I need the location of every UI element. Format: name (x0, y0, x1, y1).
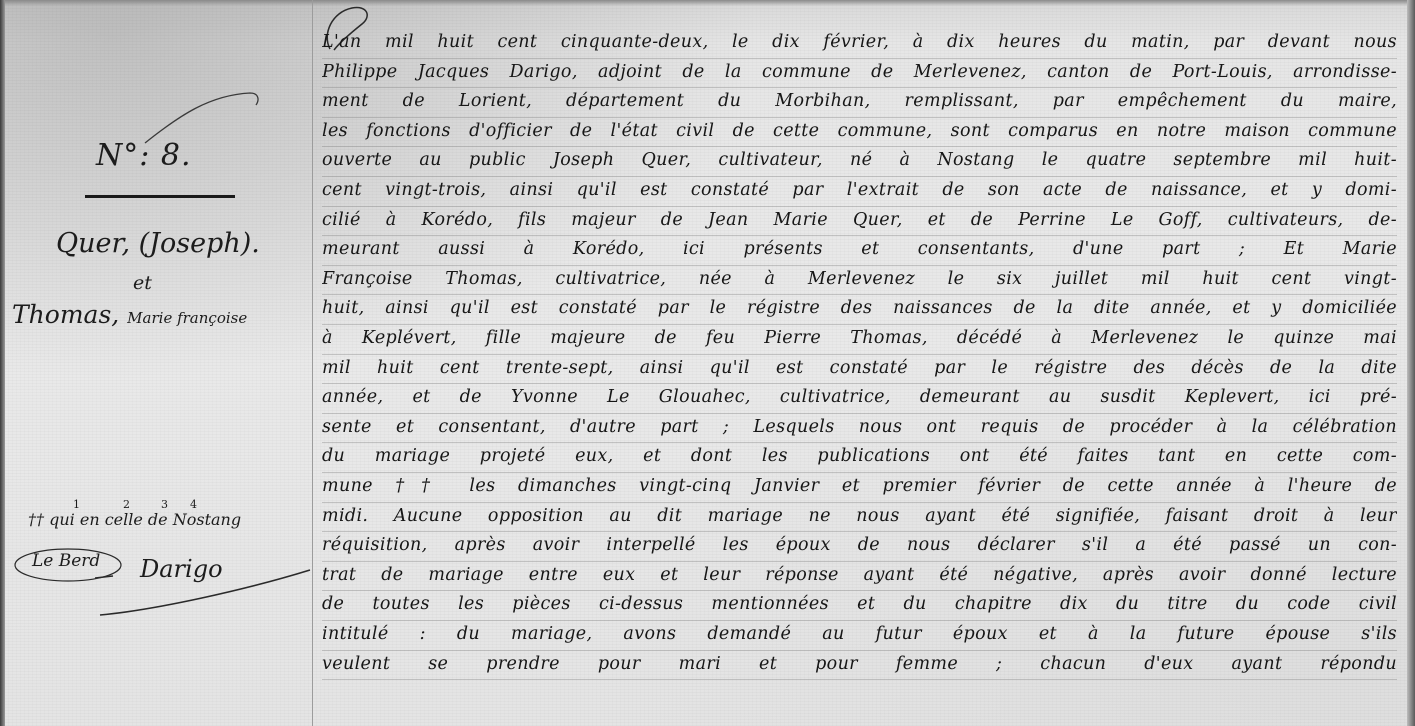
text-line: midi. Aucune opposition au dit mariage n… (322, 502, 1397, 533)
text-line: réquisition, après avoir interpellé les … (322, 531, 1397, 562)
text-line: ouverte au public Joseph Quer, cultivate… (322, 146, 1397, 177)
text-line: L'an mil huit cent cinquante-deux, le di… (322, 28, 1397, 59)
bride-surname: Thomas, (12, 300, 119, 329)
text-line: cent vingt-trois, ainsi qu'il est consta… (322, 176, 1397, 207)
bride-name: Thomas, Marie françoise (12, 300, 247, 329)
marginal-note: †† qui en celle de Nostang 1 2 3 4 (28, 510, 241, 529)
record-number: N°: 8. (96, 138, 192, 173)
bride-given-names: Marie françoise (127, 309, 247, 327)
record-body: L'an mil huit cent cinquante-deux, le di… (322, 0, 1402, 726)
note-word-number: 3 (161, 498, 168, 511)
text-line: de toutes les pièces ci-dessus mentionné… (322, 590, 1397, 621)
register-page: N°: 8. Quer, (Joseph). et Thomas, Marie … (0, 0, 1415, 726)
text-line: à Keplévert, fille majeure de feu Pierre… (322, 324, 1397, 355)
note-marker: †† (28, 510, 44, 529)
text-line: les fonctions d'officier de l'état civil… (322, 117, 1397, 148)
text-line: Françoise Thomas, cultivatrice, née à Me… (322, 265, 1397, 296)
page-right-edge (1407, 0, 1415, 726)
groom-name: Quer, (Joseph). (56, 228, 260, 259)
pen-flourish-icon (140, 85, 260, 145)
text-line: sente et consentant, d'autre part ; Lesq… (322, 413, 1397, 444)
text-line: intitulé : du mariage, avons demandé au … (322, 620, 1397, 651)
text-line: cilié à Korédo, fils majeur de Jean Mari… (322, 206, 1397, 237)
text-line: mune †† les dimanches vingt-cinq Janvier… (322, 472, 1397, 503)
left-margin: N°: 8. Quer, (Joseph). et Thomas, Marie … (0, 0, 312, 726)
text-line: meurant aussi à Korédo, ici présents et … (322, 235, 1397, 266)
signature-text: Le Berd (32, 551, 100, 571)
record-number-underline (85, 195, 235, 198)
note-word-number: 4 (190, 498, 197, 511)
text-line: ment de Lorient, département du Morbihan… (322, 87, 1397, 118)
text-line: mil huit cent trente-sept, ainsi qu'il e… (322, 354, 1397, 385)
signature-darigo: Darigo (140, 555, 223, 583)
text-line: Philippe Jacques Darigo, adjoint de la c… (322, 58, 1397, 89)
text-line: année, et de Yvonne Le Glouahec, cultiva… (322, 383, 1397, 414)
conjunction-et: et (133, 272, 152, 294)
text-line: veulent se prendre pour mari et pour fem… (322, 650, 1397, 681)
text-line: du mariage projeté eux, et dont les publ… (322, 442, 1397, 473)
note-text: qui en celle de Nostang (49, 510, 241, 529)
text-line: trat de mariage entre eux et leur répons… (322, 561, 1397, 592)
note-word-number: 2 (123, 498, 130, 511)
note-word-number: 1 (73, 498, 80, 511)
text-line: huit, ainsi qu'il est constaté par le ré… (322, 294, 1397, 325)
